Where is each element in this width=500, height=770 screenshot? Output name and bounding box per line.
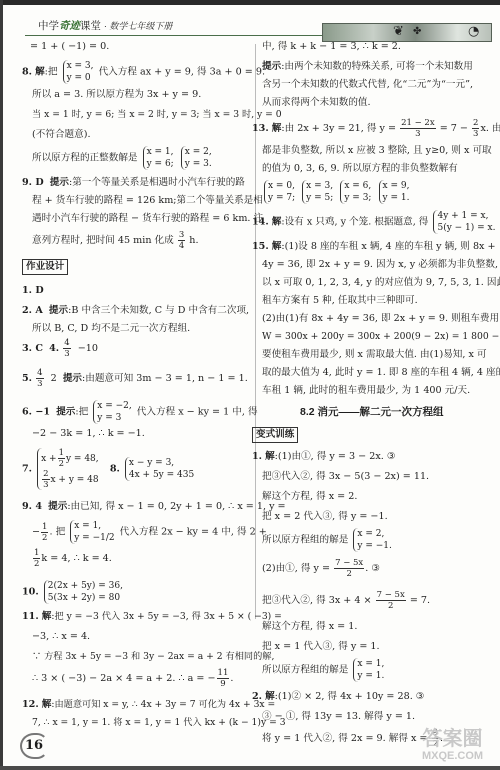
solution-set: x = 0,y = 7; x = 3,y = 5; x = 6,y = 3; x… bbox=[262, 180, 411, 204]
header-rule bbox=[25, 35, 325, 36]
fraction: 7 − 5x2 bbox=[334, 558, 364, 579]
text-line: −3, ∴ x = 4. bbox=[32, 628, 90, 645]
solution-label: 解 bbox=[272, 217, 282, 228]
eq: x = 3, bbox=[306, 181, 333, 191]
fraction: 23 bbox=[472, 118, 479, 139]
page-border-left bbox=[0, 0, 3, 770]
numerator: 4 bbox=[36, 368, 43, 379]
text-line: −12. 把 x = 1,y = −1/2 代入方程 2x − ky = 4 中… bbox=[32, 520, 267, 544]
text-line: 中, 得 k + k − 1 = 3, ∴ k = 2. bbox=[262, 38, 401, 55]
page-border-bottom bbox=[0, 766, 500, 770]
solution-label: 解 bbox=[42, 699, 52, 710]
text-line: 租车方案有 5 种, 任取其中三种即可. bbox=[262, 292, 418, 309]
text: 代入方程 2x − ky = 4 中, 得 2 + bbox=[120, 527, 267, 538]
text: :由两个未知数的特殊关系, 可将一个未知数用 bbox=[281, 61, 473, 72]
item-number: 2. bbox=[252, 691, 262, 702]
numerator: 7 − 5x bbox=[334, 558, 364, 569]
text: 所以原方程组的解是 bbox=[262, 665, 348, 676]
text-line: = 1 + ( −1) = 0. bbox=[30, 38, 109, 55]
eq: x + y = 48 bbox=[51, 475, 99, 485]
eq: x = 1, bbox=[357, 659, 384, 669]
book-subtitle: · 数学七年级下册 bbox=[104, 21, 173, 31]
equation-system: x +12y = 48, 23x + y = 48 bbox=[37, 448, 99, 490]
equation-system: x = 3,y = 5; bbox=[302, 180, 333, 204]
practice-1: 1. 解:(1)由①, 得 y = 3 − 2x. ③ bbox=[252, 448, 395, 465]
equation-system: x = 1,y = 1. bbox=[353, 658, 384, 682]
item-number: 7. bbox=[22, 464, 32, 475]
homework-3-4: 3. C 4. 43 −10 bbox=[22, 338, 98, 359]
numerator: 7 − 5x bbox=[376, 590, 406, 601]
section-label-practice: 变式训练 bbox=[252, 426, 298, 443]
text: :把 y = −3 代入 3x + 5y = −3, 得 3x + 5 × ( … bbox=[51, 611, 282, 622]
hint-label: 提示 bbox=[50, 177, 69, 188]
fraction: 43 bbox=[36, 368, 43, 389]
text: = 7. bbox=[410, 595, 430, 606]
answer-13: 13. 解:由 2x + 3y = 21, 得 y = 21 − 2x3 = 7… bbox=[252, 118, 500, 139]
homework-11: 11. 解:把 y = −3 代入 3x + 5y = −3, 得 3x + 5… bbox=[22, 608, 282, 625]
hint-label: 提示 bbox=[63, 373, 82, 384]
item-number: 9. 4 bbox=[22, 501, 42, 512]
equation-system: x = 1,y = −1/2 bbox=[70, 520, 114, 544]
solution-label: 解 bbox=[35, 67, 45, 78]
text: :把 bbox=[75, 407, 88, 418]
text-line: (2)由①, 得 y = 7 − 5x2. ③ bbox=[262, 558, 380, 579]
solution-label: 解 bbox=[42, 611, 52, 622]
text-line: 含另一个未知数的代数式代替, 化“二元”为“一元”, bbox=[262, 76, 473, 93]
text: :(1)设 8 座的车租 x 辆, 4 座的车租 y 辆, 则 8x + bbox=[281, 241, 495, 252]
section-heading: 8.2 消元——解二元一次方程组 bbox=[300, 404, 444, 421]
page-header: 中学奇迹课堂 · 数学七年级下册 ❦ ✤ ◔ bbox=[20, 14, 490, 36]
text: 将 y = 1 代入②, 得 2x = 9. 解得 x = bbox=[262, 733, 427, 744]
eq: y = 3. bbox=[185, 159, 212, 169]
eq: 2(2x + 5y) = 36, bbox=[48, 581, 123, 591]
numerator: 11 bbox=[217, 668, 230, 679]
eq: x = 9, bbox=[383, 181, 410, 191]
text-line: 所以原方程组的解是 x = 2,y = −1. bbox=[262, 528, 394, 552]
text: 2 bbox=[51, 373, 57, 384]
text: 所以原方程的正整数解是 bbox=[32, 153, 138, 164]
text-line: (不符合题意). bbox=[32, 126, 91, 143]
text-line: (2)由(1)有 8x + 4y = 36, 即 2x + y = 9. 则租车… bbox=[262, 310, 499, 327]
denominator: 4 bbox=[178, 241, 185, 251]
eq: x = −2, bbox=[97, 401, 131, 411]
denominator: 3 bbox=[42, 480, 49, 490]
equation-system: x = 6,y = 3; bbox=[340, 180, 371, 204]
denominator: 2 bbox=[33, 559, 40, 569]
fraction: 12 bbox=[41, 522, 48, 543]
item-number: 6. −1 bbox=[22, 407, 50, 418]
text: :第一个等量关系是相遇时小汽车行驶的路 bbox=[69, 177, 245, 188]
text-line: 遇时小汽车行驶的路程 − 货车行驶的路程 = 6 km. 注 bbox=[32, 210, 263, 227]
eq: y = 48, bbox=[66, 454, 99, 464]
practice-2: 2. 解:(1)② × 2, 得 4x + 10y = 28. ③ bbox=[252, 688, 424, 705]
text-line: 车租 1 辆, 此时的租车费用最少, 为 1 400 元/天. bbox=[262, 382, 470, 399]
text: x. 由于 x, y bbox=[480, 123, 500, 134]
eq: 4y + 1 = x, bbox=[437, 211, 488, 221]
text-line: 都是非负整数, 所以 x 应被 3 整除, 且 y≥0, 则 x 可取 bbox=[262, 142, 492, 159]
text-line: 把 x = 1 代入③, 得 y = 1. bbox=[262, 638, 380, 655]
title-logo: 奇迹 bbox=[59, 20, 80, 32]
answer-8: 8. 解:把 x = 3,y = 0 代入方程 ax + y = 9, 得 3a… bbox=[22, 60, 265, 84]
eq: y = 3; bbox=[344, 193, 371, 203]
eq: 5(y − 1) = x. bbox=[437, 223, 495, 233]
eq: x + bbox=[41, 454, 56, 464]
homework-5: 5. 43 2 提示:由题意可知 3m − 3 = 1, n − 1 = 1. bbox=[22, 368, 248, 389]
text-line: 把③代入②, 得 3x + 4 × 7 − 5x2 = 7. bbox=[262, 590, 430, 611]
text-line: 要使租车费用最少, 则 x 需取最大值. 由(1)易知, x 可 bbox=[262, 346, 487, 363]
text: 所以原方程组的解是 bbox=[262, 535, 348, 546]
eq: y = 0 bbox=[67, 73, 91, 83]
denominator: 3 bbox=[472, 129, 479, 139]
text-line: 当 x = 1 时, y = 6; 当 x = 2 时, y = 3; 当 x … bbox=[32, 106, 282, 123]
homework-1: 1. D bbox=[22, 282, 44, 299]
text-line: 7, ∴ x = 1, y = 1. 将 x = 1, y = 1 代入 kx … bbox=[32, 714, 286, 731]
numerator: 1 bbox=[58, 448, 65, 459]
item-number: 1. bbox=[252, 451, 262, 462]
answer-9: 9. D 提示:第一个等量关系是相遇时小汽车行驶的路 bbox=[22, 174, 245, 191]
text-line: 意列方程时, 把时间 45 min 化成 34 h. bbox=[32, 230, 199, 251]
item-number: 8. bbox=[22, 67, 32, 78]
text: :设有 x 只鸡, y 个笼. 根据题意, 得 bbox=[281, 217, 428, 228]
text: (2)由①, 得 y = bbox=[262, 563, 330, 574]
eq: y = 5; bbox=[306, 193, 333, 203]
title-prefix: 中学 bbox=[38, 20, 59, 32]
numerator: 21 − 2x bbox=[400, 118, 436, 129]
hint-paragraph: 提示:由两个未知数的特殊关系, 可将一个未知数用 bbox=[262, 58, 473, 75]
text-line: 取的最大值为 4, 此时 y = 1. 即 8 座的车租 4 辆, 4 座的 bbox=[262, 364, 500, 381]
eq: y = 6; bbox=[147, 159, 174, 169]
text-line: ③ − ①, 得 13y = 13. 解得 y = 1. bbox=[262, 708, 415, 725]
solution-label: 解 bbox=[265, 691, 275, 702]
solution-label: 解 bbox=[272, 123, 282, 134]
text-line: 的值为 0, 3, 6, 9. 所以原方程的非负整数解有 bbox=[262, 160, 458, 177]
text: :由题意可知 3m − 3 = 1, n − 1 = 1. bbox=[82, 373, 248, 384]
text: :由 2x + 3y = 21, 得 y = bbox=[281, 123, 396, 134]
numerator: 1 bbox=[33, 548, 40, 559]
hint-label: 提示 bbox=[49, 305, 68, 316]
text: :(1)② × 2, 得 4x + 10y = 28. ③ bbox=[275, 691, 425, 702]
hint-label: 提示 bbox=[48, 501, 67, 512]
item-number: 2. A bbox=[22, 305, 43, 316]
numerator: 4 bbox=[63, 338, 70, 349]
moon-icon: ◔ bbox=[468, 25, 479, 39]
item-number: 11. bbox=[22, 611, 39, 622]
item-number: 5. bbox=[22, 373, 32, 384]
text: :(1)由①, 得 y = 3 − 2x. ③ bbox=[275, 451, 396, 462]
text: :由题意可知 x = y, ∴ 4x + 3y = 7 可化为 4x + 3x … bbox=[51, 699, 275, 710]
fraction: 12 bbox=[33, 548, 40, 569]
eq: y = 3 bbox=[97, 413, 121, 423]
homework-7-8: 7. x +12y = 48, 23x + y = 48 8. x − y = … bbox=[22, 448, 196, 490]
section-label-homework: 作业设计 bbox=[22, 258, 68, 275]
equation-system: x = 9,y = 1. bbox=[379, 180, 410, 204]
item-number: 13. bbox=[252, 123, 269, 134]
text-line: 所以 a = 3. 所以原方程为 3x + y = 9. bbox=[32, 86, 201, 103]
homework-12: 12. 解:由题意可知 x = y, ∴ 4x + 3y = 7 可化为 4x … bbox=[22, 696, 275, 713]
text: :由已知, 得 x − 1 = 0, 2y + 1 = 0, ∴ x = 1, … bbox=[67, 501, 285, 512]
denominator: 3 bbox=[36, 379, 43, 389]
item-number: 14. bbox=[252, 217, 269, 228]
numerator: 3 bbox=[178, 230, 185, 241]
eq: x = 1, bbox=[147, 147, 174, 157]
equation-system: x = −2,y = 3 bbox=[93, 400, 131, 424]
text: − bbox=[32, 527, 40, 538]
fraction: 119 bbox=[217, 668, 230, 689]
fraction: 23 bbox=[42, 469, 49, 490]
equation-system: x = 2,y = 3. bbox=[181, 146, 212, 170]
text: k = 4, ∴ k = 4. bbox=[41, 553, 111, 564]
text: :把 bbox=[45, 67, 58, 78]
text: 意列方程时, 把时间 45 min 化成 bbox=[32, 235, 174, 246]
watermark: 答案圈 MXQE.COM bbox=[410, 728, 495, 762]
text-line: 所以原方程的正整数解是 x = 1,y = 6; x = 2,y = 3. bbox=[32, 146, 214, 170]
eq: x = 1, bbox=[74, 521, 101, 531]
book-title: 中学奇迹课堂 · 数学七年级下册 bbox=[38, 18, 172, 33]
solution-label: 解 bbox=[265, 451, 275, 462]
text: −10 bbox=[78, 343, 98, 354]
eq: y = 1. bbox=[383, 193, 410, 203]
watermark-url: MXQE.COM bbox=[410, 750, 495, 762]
text: = 7 − bbox=[440, 123, 468, 134]
item-number: 10. bbox=[22, 587, 39, 598]
butterfly-icon: ❦ bbox=[393, 25, 404, 39]
eq: y = −1/2 bbox=[74, 533, 114, 543]
numerator: 2 bbox=[472, 118, 479, 129]
text-line: W = 300x + 200y = 300x + 200(9 − 2x) = 1… bbox=[262, 328, 500, 345]
text: 代入方程 x − ky = 1 中, 得 bbox=[137, 407, 258, 418]
butterfly-small-icon: ✤ bbox=[413, 25, 421, 39]
text-line: 把 x = 2 代入③, 得 y = −1. bbox=[262, 508, 388, 525]
equation-system: x = 3,y = 0 bbox=[63, 60, 94, 84]
title-suffix: 课堂 bbox=[80, 20, 101, 32]
hint-label: 提示 bbox=[262, 61, 281, 72]
denominator: 9 bbox=[217, 679, 230, 689]
text-line: 所以原方程组的解是 x = 1,y = 1. bbox=[262, 658, 386, 682]
text: . bbox=[230, 673, 233, 684]
text-line: 以 x 可取 0, 1, 2, 3, 4, y 的对应值为 9, 7, 5, 3… bbox=[262, 274, 500, 291]
fraction: 43 bbox=[63, 338, 70, 359]
item-number: 4. bbox=[49, 343, 59, 354]
fraction: 34 bbox=[178, 230, 185, 251]
section-label: 变式训练 bbox=[252, 427, 298, 443]
text-line: 把③代入②, 得 3x − 5(3 − 2x) = 11. bbox=[262, 468, 429, 485]
text: . ③ bbox=[365, 563, 380, 574]
watermark-logo: 答案圈 bbox=[410, 728, 495, 750]
equation-system: x = 1,y = 6; bbox=[143, 146, 174, 170]
eq: y = 1. bbox=[357, 671, 384, 681]
fraction: 12 bbox=[58, 448, 65, 469]
denominator: 3 bbox=[63, 349, 70, 359]
text-line: 12k = 4, ∴ k = 4. bbox=[32, 548, 112, 569]
item-number: 15. bbox=[252, 241, 269, 252]
text-line: ∵ 方程 3x + 5y = −3 和 3y − 2ax = a + 2 有相同… bbox=[32, 648, 274, 665]
eq: y = 7; bbox=[268, 193, 295, 203]
equation-system: 4y + 1 = x,5(y − 1) = x. bbox=[433, 210, 495, 234]
text-line: 解这个方程, 得 x = 1. bbox=[262, 618, 357, 635]
text-line: 程 + 货车行驶的路程 = 126 km;第二个等量关系是相 bbox=[32, 192, 263, 209]
denominator: 2 bbox=[376, 601, 406, 611]
page-border-top bbox=[0, 0, 500, 5]
eq: 4x + 5y = 435 bbox=[129, 470, 194, 480]
denominator: 2 bbox=[58, 459, 65, 469]
item-number: 8. bbox=[110, 464, 120, 475]
equation-system: x = 2,y = −1. bbox=[353, 528, 391, 552]
text-line: 从而求得两个未知数的值. bbox=[262, 94, 371, 111]
section-label: 作业设计 bbox=[22, 259, 68, 275]
text: 代入方程 ax + y = 9, 得 3a + 0 = 9. bbox=[99, 67, 265, 78]
item-number: 9. D bbox=[22, 177, 44, 188]
fraction: 7 − 5x2 bbox=[376, 590, 406, 611]
text: :B 中含三个未知数, C 与 D 中含有二次项, bbox=[68, 305, 249, 316]
text-line: 所以 B, C, D 均不是二元一次方程组. bbox=[32, 320, 190, 337]
text: 把③代入②, 得 3x + 4 × bbox=[262, 595, 372, 606]
text-line: −2 − 3k = 1, ∴ k = −1. bbox=[32, 425, 145, 442]
text-line: 4y = 36, 即 2x + y = 9. 因为 x, y 必须都为非负整数,… bbox=[262, 256, 500, 273]
eq: y = −1. bbox=[357, 541, 391, 551]
page-number: 16 bbox=[20, 733, 48, 759]
eq: 5(3x + 2y) = 80 bbox=[48, 593, 120, 603]
eq: x = 2, bbox=[357, 529, 384, 539]
denominator: 2 bbox=[334, 569, 364, 579]
denominator: 3 bbox=[400, 129, 436, 139]
homework-10: 10. 2(2x + 5y) = 36,5(3x + 2y) = 80 bbox=[22, 580, 125, 604]
equation-system: x − y = 3,4x + 5y = 435 bbox=[125, 457, 194, 481]
answer-14: 14. 解:设有 x 只鸡, y 个笼. 根据题意, 得 4y + 1 = x,… bbox=[252, 210, 498, 234]
eq: x = 3, bbox=[67, 61, 94, 71]
eq: x − y = 3, bbox=[129, 458, 174, 468]
eq: x = 2, bbox=[185, 147, 212, 157]
text-line: 解这个方程, 得 x = 2. bbox=[262, 488, 357, 505]
numerator: 1 bbox=[41, 522, 48, 533]
denominator: 2 bbox=[41, 533, 48, 543]
item-number: 3. C bbox=[22, 343, 43, 354]
text: ∴ 3 × ( −3) − 2a × 4 = a + 2. ∴ a = − bbox=[32, 673, 216, 684]
answer-15: 15. 解:(1)设 8 座的车租 x 辆, 4 座的车租 y 辆, 则 8x … bbox=[252, 238, 496, 255]
numerator: 2 bbox=[42, 469, 49, 480]
homework-6: 6. −1 提示:把 x = −2,y = 3 代入方程 x − ky = 1 … bbox=[22, 400, 258, 424]
hint-label: 提示 bbox=[56, 407, 75, 418]
eq: x = 6, bbox=[344, 181, 371, 191]
text-line: ∴ 3 × ( −3) − 2a × 4 = a + 2. ∴ a = −119… bbox=[32, 668, 233, 689]
text: h. bbox=[189, 235, 198, 246]
item-number: 12. bbox=[22, 699, 39, 710]
homework-2: 2. A 提示:B 中含三个未知数, C 与 D 中含有二次项, bbox=[22, 302, 249, 319]
equation-system: 2(2x + 5y) = 36,5(3x + 2y) = 80 bbox=[44, 580, 123, 604]
equation-system: x = 0,y = 7; bbox=[264, 180, 295, 204]
text: . 把 bbox=[49, 527, 65, 538]
solution-label: 解 bbox=[272, 241, 282, 252]
eq: x = 0, bbox=[268, 181, 295, 191]
fraction: 21 − 2x3 bbox=[400, 118, 436, 139]
homework-9: 9. 4 提示:由已知, 得 x − 1 = 0, 2y + 1 = 0, ∴ … bbox=[22, 498, 286, 515]
